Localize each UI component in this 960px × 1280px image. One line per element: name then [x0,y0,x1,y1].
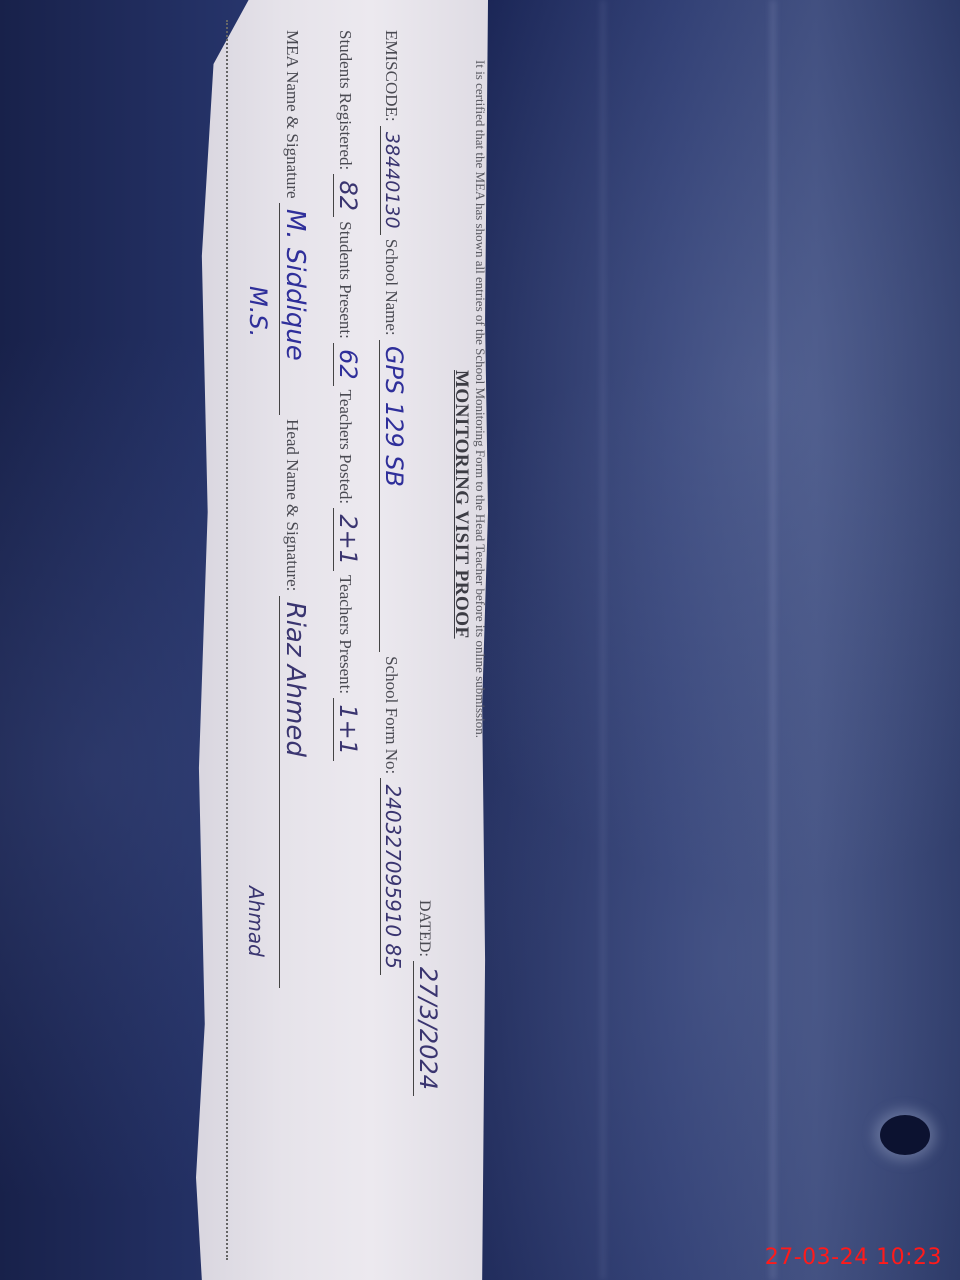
cloth-hole [880,1115,930,1155]
head-signature: Riaz Ahmed [279,596,310,988]
mea-signature: M. Siddique [279,203,310,415]
school-form-no-value: 240327095910 85 [380,778,405,975]
students-registered-label: Students Registered: [336,30,355,170]
head-label: Head Name & Signature: [283,419,302,591]
row-students-teachers: Students Registered: 82 Students Present… [333,30,362,761]
dated-value: 27/3/2024 [413,961,442,1096]
certification-text: It is certified that the MEA has shown a… [472,60,488,738]
students-present-value: 62 [333,343,362,386]
document-title: MONITORING VISIT PROOF [450,370,472,639]
mea-initials: M.S. [244,280,272,343]
school-name-value: GPS 129 SB [379,340,408,652]
school-form-no-label: School Form No: [382,656,401,774]
emiscode-value: 38440130 [380,126,403,235]
camera-timestamp: 27-03-24 10:23 [765,1245,942,1270]
teachers-present-value: 1+1 [333,698,362,761]
emiscode-label: EMISCODE: [382,30,401,122]
mea-label: MEA Name & Signature [283,30,302,199]
mea-initials-row: M.S. [244,280,272,343]
cloth-crease [600,0,606,1280]
students-registered-value: 82 [333,174,362,217]
head-signature-scribble: Ahmad [244,880,268,963]
head-signature-row: Ahmad [244,880,268,963]
teachers-posted-value: 2+1 [333,508,362,571]
cloth-crease [770,0,776,1280]
row-emiscode: EMISCODE: 38440130 School Name: GPS 129 … [379,30,408,975]
teachers-posted-label: Teachers Posted: [336,390,355,504]
students-present-label: Students Present: [336,221,355,339]
teachers-present-label: Teachers Present: [336,575,355,694]
dated-field: DATED: 27/3/2024 [413,900,442,1096]
monitoring-visit-proof-document: It is certified that the MEA has shown a… [200,20,490,1260]
row-signatures: MEA Name & Signature M. Siddique Head Na… [279,30,310,988]
dated-label: DATED: [416,900,433,957]
school-name-label: School Name: [382,239,401,336]
dotted-tear-line [226,20,228,1260]
